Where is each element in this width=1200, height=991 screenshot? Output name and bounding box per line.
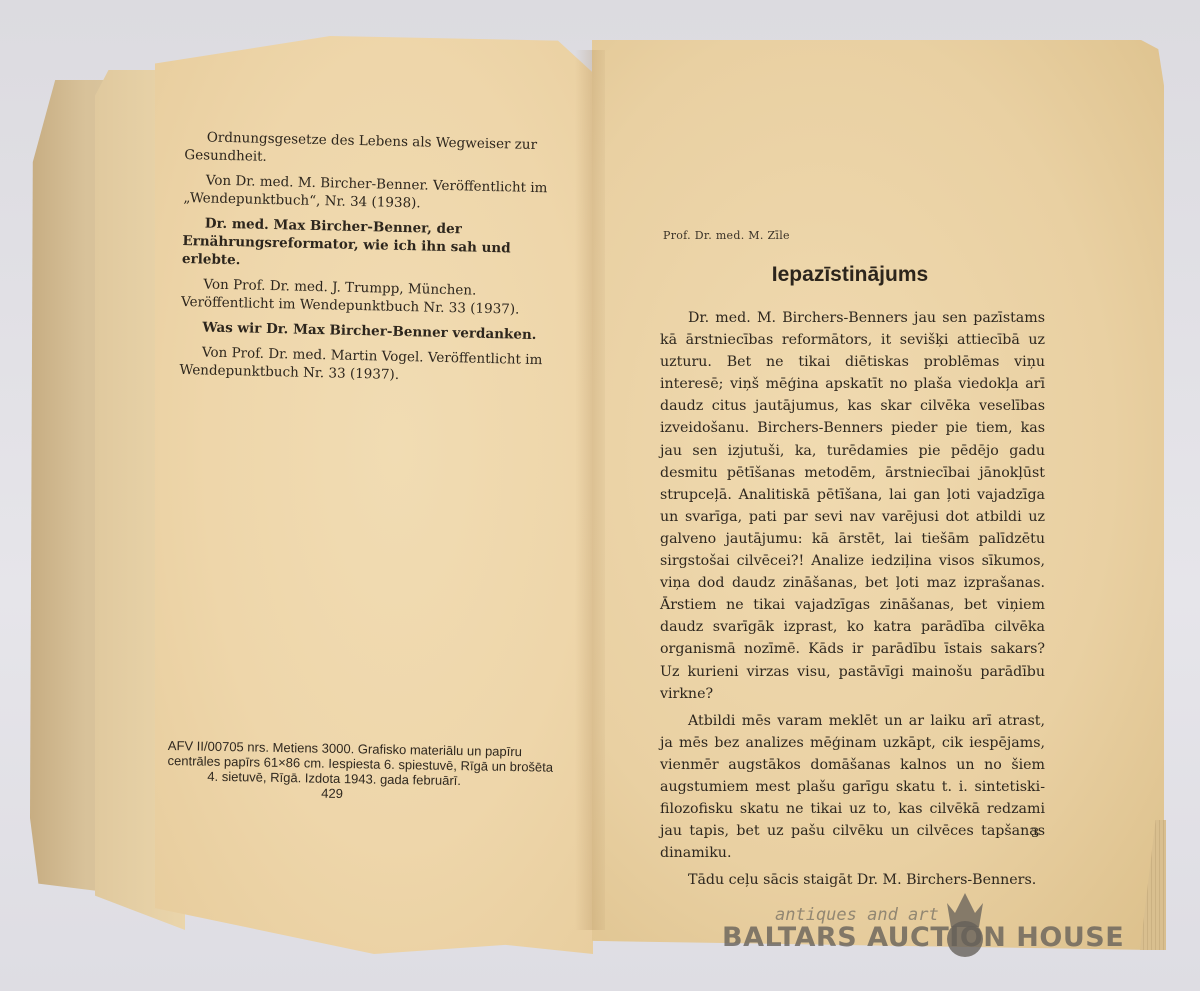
author-line: Prof. Dr. med. M. Zīle xyxy=(663,229,790,242)
bibliography-entry-source: Von Prof. Dr. med. Martin Vogel. Veröffe… xyxy=(179,343,560,388)
watermark-name: BALTARS AUCTION HOUSE xyxy=(722,922,1124,953)
book-gutter xyxy=(575,50,605,930)
chapter-heading: Iepazīstinājums xyxy=(650,263,1050,287)
paragraph: Dr. med. M. Birchers-Benners jau sen paz… xyxy=(660,307,1045,705)
bibliography-list: Ordnungsgesetze des Lebens als Wegweiser… xyxy=(179,128,565,395)
bibliography-entry-source: Von Dr. med. M. Bircher-Benner. Veröffen… xyxy=(183,171,564,216)
colophon: AFV II/00705 nrs. Metiens 3000. Grafisko… xyxy=(167,738,568,805)
body-text: Dr. med. M. Birchers-Benners jau sen paz… xyxy=(660,307,1045,891)
paragraph: Tādu ceļu sācis staigāt Dr. M. Birchers-… xyxy=(660,869,1045,891)
bibliography-entry-title: Was wir Dr. Max Bircher-Benner verdanken… xyxy=(180,318,560,345)
page-number: 3 xyxy=(1031,826,1039,841)
bibliography-entry-title: Dr. med. Max Bircher-Benner, der Ernähru… xyxy=(182,214,563,277)
bibliography-entry-title: Ordnungsgesetze des Lebens als Wegweiser… xyxy=(184,128,565,173)
paragraph: Atbildi mēs varam meklēt un ar laiku arī… xyxy=(660,710,1045,865)
bibliography-entry-source: Von Prof. Dr. med. J. Trumpp, München. V… xyxy=(181,275,562,320)
